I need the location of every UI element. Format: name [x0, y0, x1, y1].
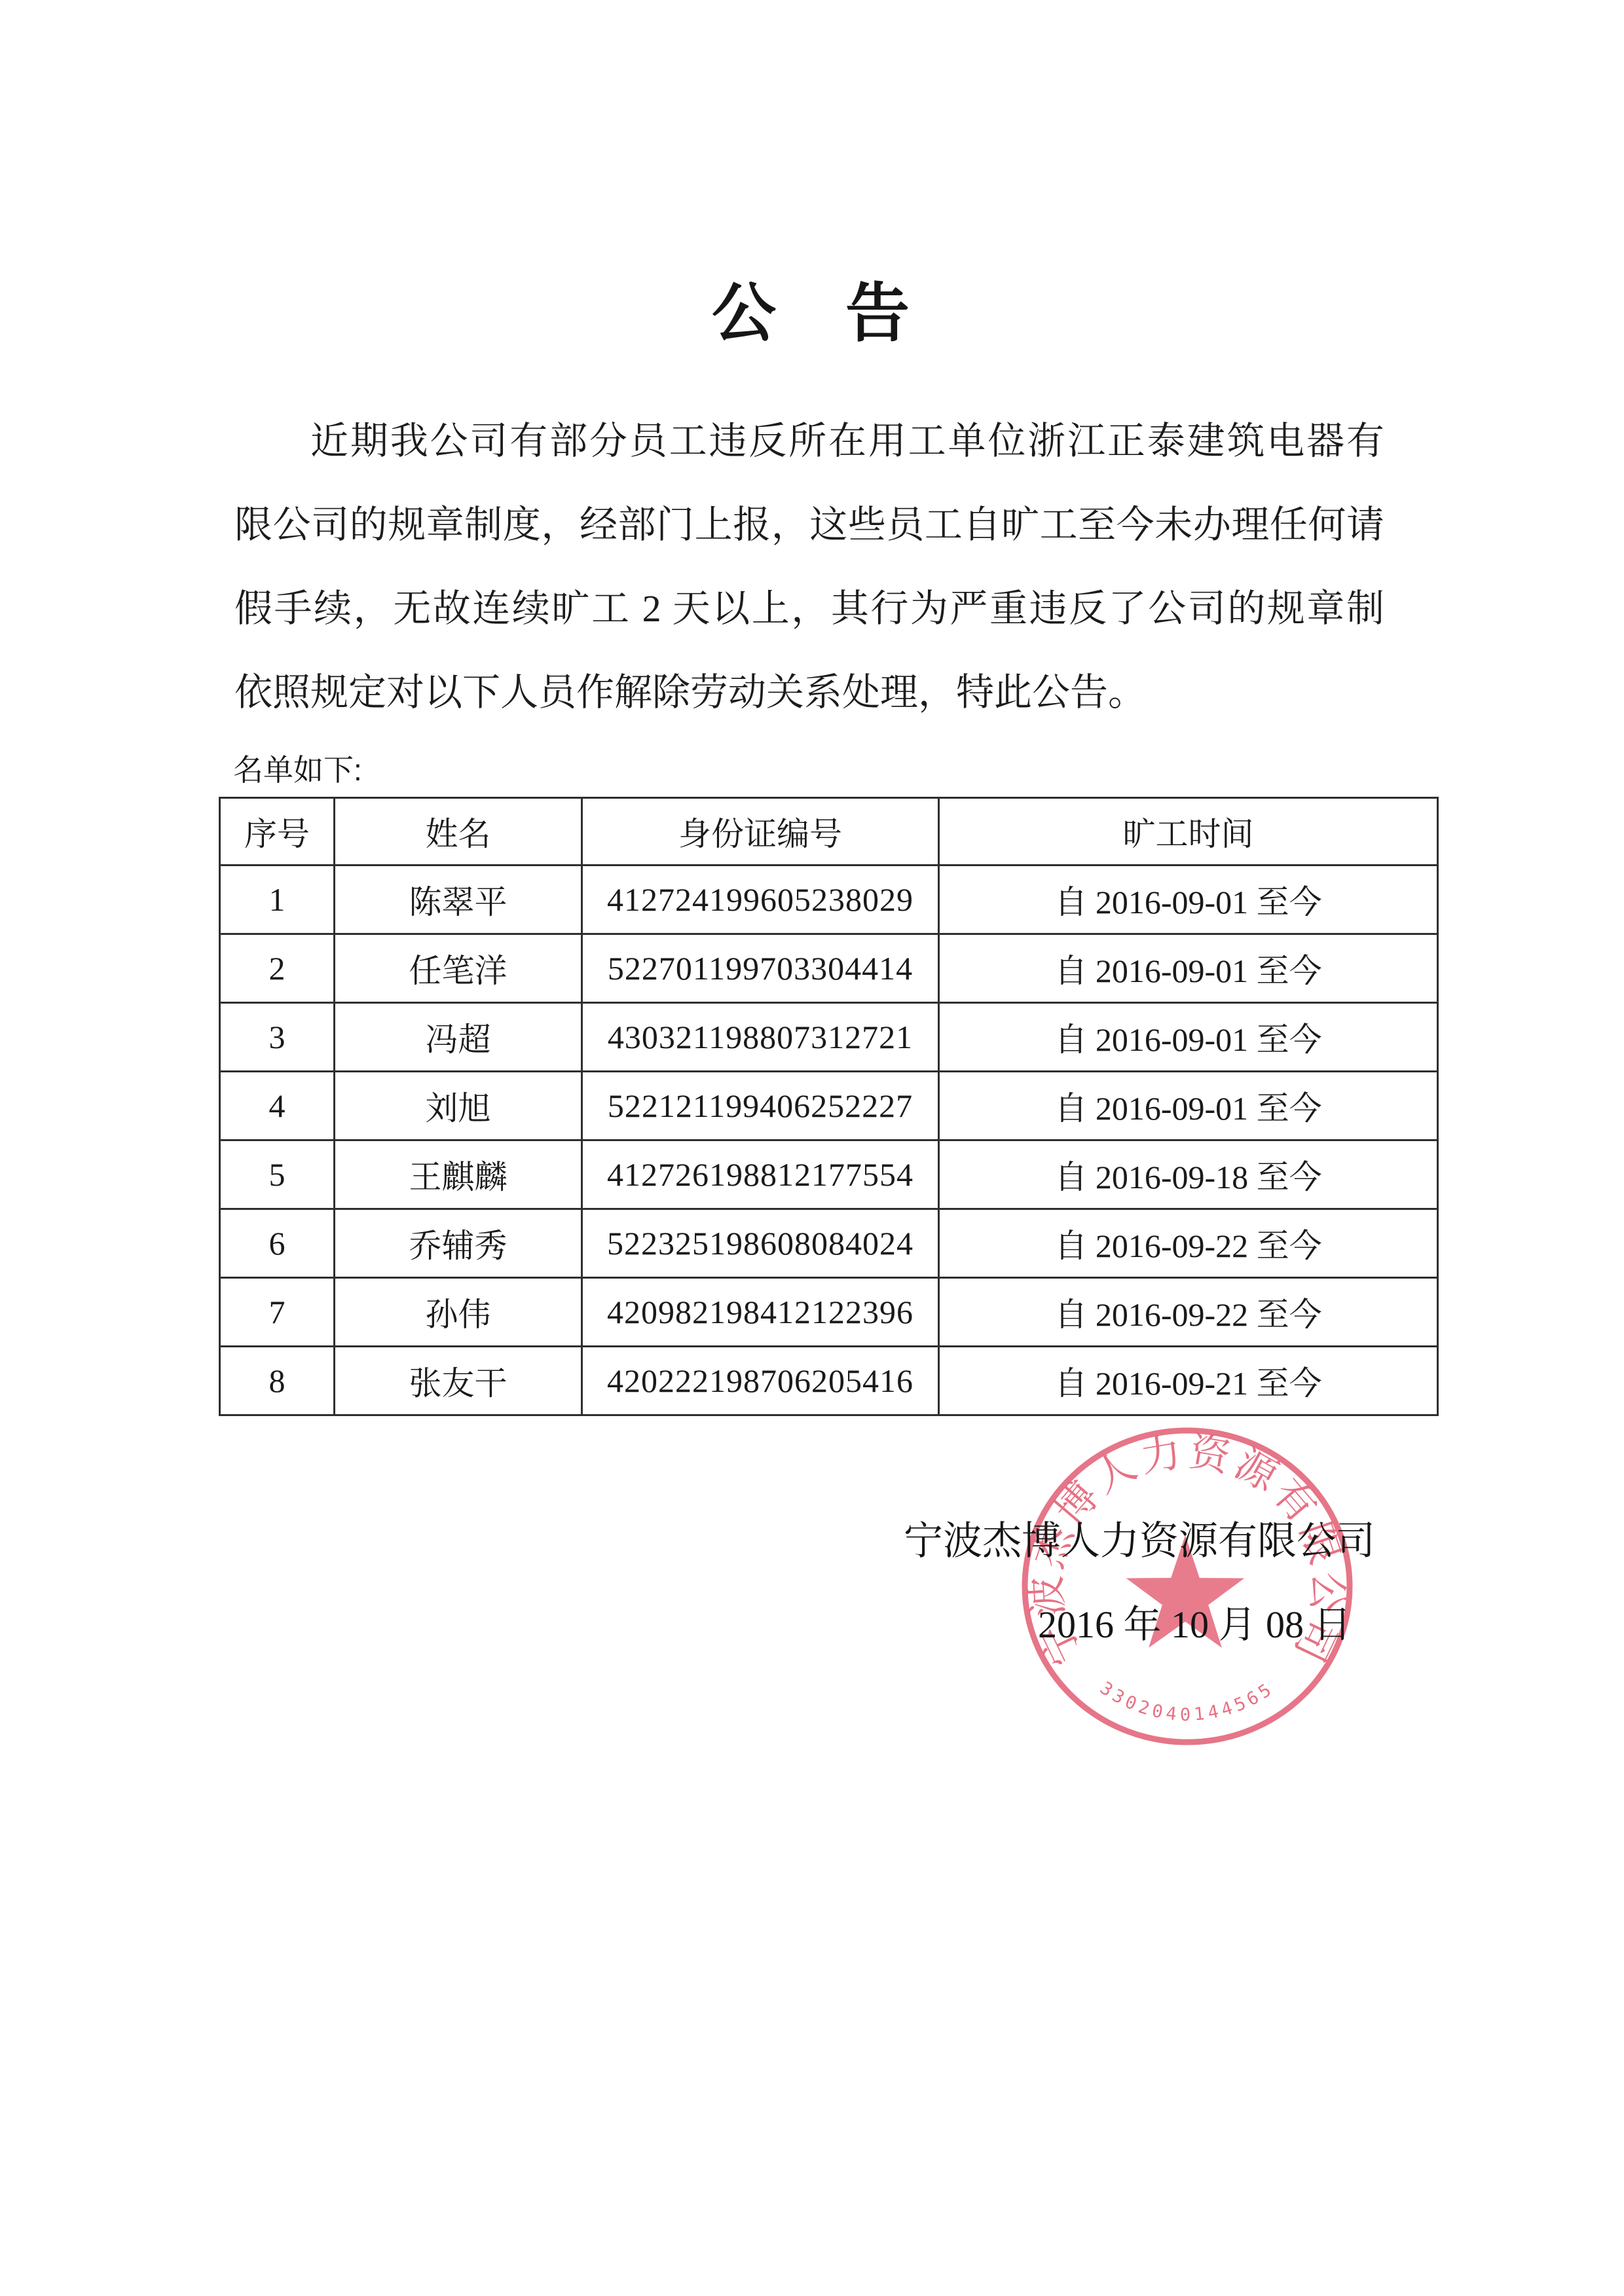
cell-id-number: 522701199703304414: [582, 934, 939, 1003]
table-row: 1 陈翠平 412724199605238029 自 2016-09-01 至今: [220, 866, 1438, 934]
paragraph-line: 限公司的规章制度，经部门上报，这些员工自旷工至今未办理任何请: [234, 483, 1384, 567]
col-header-absence-period: 旷工时间: [939, 798, 1438, 866]
cell-id-number: 522121199406252227: [582, 1072, 939, 1140]
paragraph-line: 假手续，无故连续旷工 2 天以上，其行为严重违反了公司的规章制度，: [234, 567, 1384, 651]
col-header-id-number: 身份证编号: [582, 798, 939, 866]
body-paragraph: 近期我公司有部分员工违反所在用工单位浙江正泰建筑电器有 限公司的规章制度，经部门…: [234, 399, 1384, 735]
signature-company: 宁波杰博人力资源有限公司: [904, 1510, 1375, 1566]
company-seal-stamp: 宁波杰博人力资源有限公司 3302040144565: [978, 1383, 1397, 1789]
cell-index: 4: [220, 1072, 335, 1140]
cell-index: 6: [220, 1209, 335, 1278]
seal-serial-number: 3302040144565: [1096, 1678, 1278, 1725]
col-header-name: 姓名: [335, 798, 582, 866]
cell-id-number: 412724199605238029: [582, 866, 939, 934]
table-row: 7 孙伟 420982198412122396 自 2016-09-22 至今: [220, 1278, 1438, 1347]
document-title: 公 告: [0, 262, 1624, 354]
cell-absence-period: 自 2016-09-01 至今: [939, 1003, 1438, 1072]
cell-id-number: 420222198706205416: [582, 1347, 939, 1415]
cell-name: 任笔洋: [335, 934, 582, 1003]
cell-name: 刘旭: [335, 1072, 582, 1140]
table-row: 2 任笔洋 522701199703304414 自 2016-09-01 至今: [220, 934, 1438, 1003]
cell-absence-period: 自 2016-09-01 至今: [939, 866, 1438, 934]
paragraph-line: 依照规定对以下人员作解除劳动关系处理，特此公告。: [234, 651, 1384, 735]
table-row: 6 乔辅秀 522325198608084024 自 2016-09-22 至今: [220, 1209, 1438, 1278]
signature-date: 2016 年 10 月 08 日: [1038, 1594, 1352, 1649]
table-header-row: 序号 姓名 身份证编号 旷工时间: [220, 798, 1438, 866]
table-row: 5 王麒麟 412726198812177554 自 2016-09-18 至今: [220, 1140, 1438, 1209]
cell-id-number: 430321198807312721: [582, 1003, 939, 1072]
cell-name: 陈翠平: [335, 866, 582, 934]
cell-name: 冯超: [335, 1003, 582, 1072]
table-row: 4 刘旭 522121199406252227 自 2016-09-01 至今: [220, 1072, 1438, 1140]
cell-absence-period: 自 2016-09-22 至今: [939, 1278, 1438, 1347]
cell-absence-period: 自 2016-09-01 至今: [939, 934, 1438, 1003]
cell-index: 7: [220, 1278, 335, 1347]
cell-name: 王麒麟: [335, 1140, 582, 1209]
cell-index: 2: [220, 934, 335, 1003]
cell-id-number: 420982198412122396: [582, 1278, 939, 1347]
dismissal-table: 序号 姓名 身份证编号 旷工时间 1 陈翠平 41272419960523802…: [219, 797, 1439, 1416]
list-label: 名单如下:: [233, 746, 362, 790]
paragraph-line: 近期我公司有部分员工违反所在用工单位浙江正泰建筑电器有: [234, 399, 1384, 483]
cell-index: 1: [220, 866, 335, 934]
cell-absence-period: 自 2016-09-18 至今: [939, 1140, 1438, 1209]
cell-id-number: 412726198812177554: [582, 1140, 939, 1209]
cell-id-number: 522325198608084024: [582, 1209, 939, 1278]
table-row: 3 冯超 430321198807312721 自 2016-09-01 至今: [220, 1003, 1438, 1072]
cell-index: 3: [220, 1003, 335, 1072]
announcement-page: 公 告 近期我公司有部分员工违反所在用工单位浙江正泰建筑电器有 限公司的规章制度…: [0, 0, 1624, 2296]
cell-absence-period: 自 2016-09-22 至今: [939, 1209, 1438, 1278]
cell-index: 8: [220, 1347, 335, 1415]
cell-index: 5: [220, 1140, 335, 1209]
col-header-index: 序号: [220, 798, 335, 866]
cell-name: 孙伟: [335, 1278, 582, 1347]
cell-absence-period: 自 2016-09-01 至今: [939, 1072, 1438, 1140]
cell-name: 乔辅秀: [335, 1209, 582, 1278]
cell-name: 张友干: [335, 1347, 582, 1415]
